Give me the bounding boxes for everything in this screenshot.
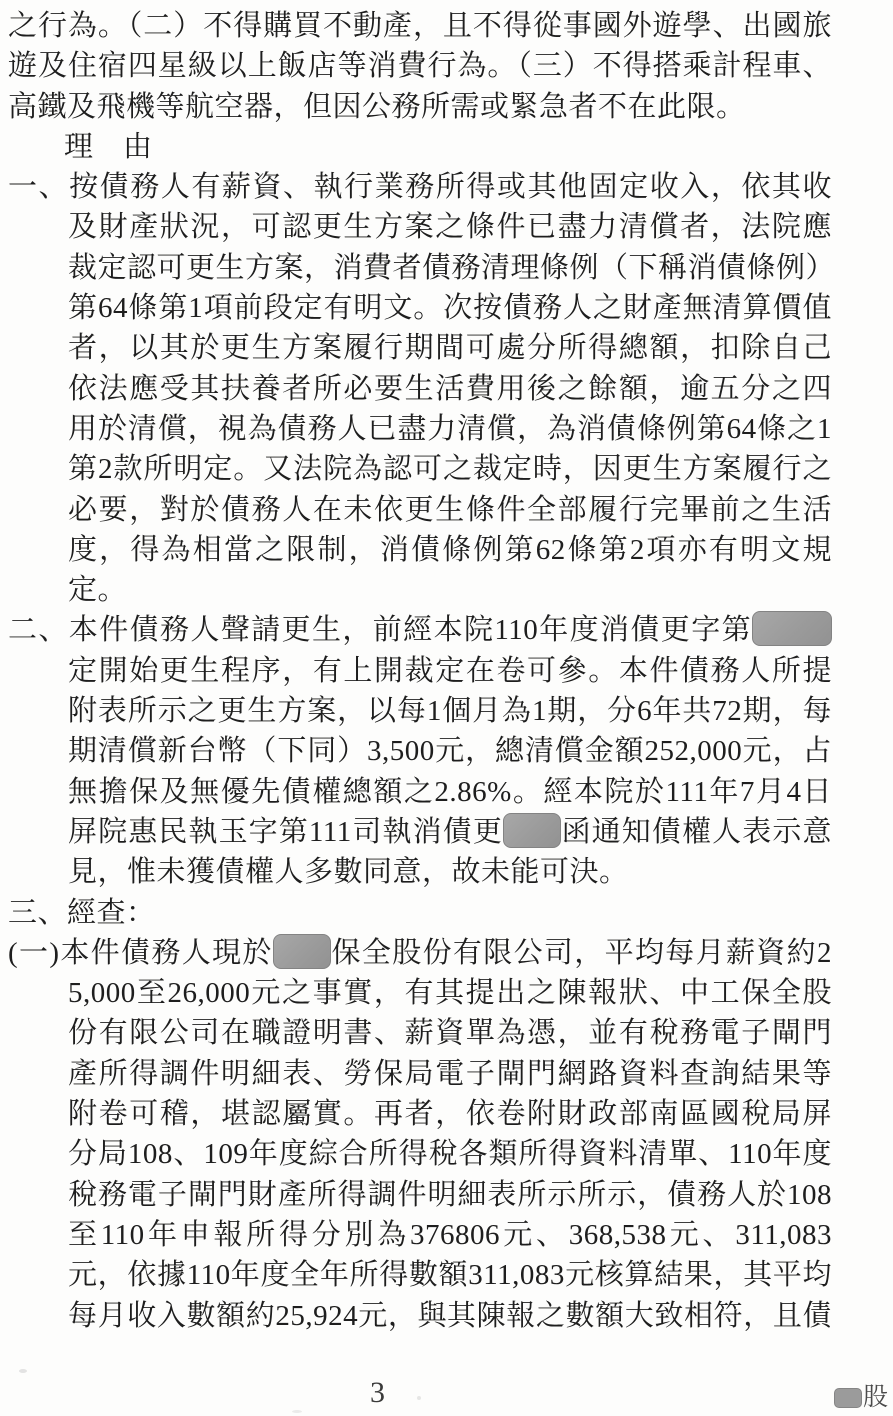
line-text: 高鐵及飛機等航空器，但因公務所需或緊急者不在此限。: [8, 91, 746, 123]
redaction-box: [503, 813, 561, 848]
text-line: 依法應受其扶養者所必要生活費用後之餘額，逾五分之四已: [68, 369, 832, 409]
text-line: 度，得為相當之限制，消債條例第62條第2項亦有明文規: [68, 530, 832, 570]
text-line: 一、按債務人有薪資、執行業務所得或其他固定收入，依其收入: [8, 167, 832, 207]
text-line: 高鐵及飛機等航空器，但因公務所需或緊急者不在此限。: [8, 87, 832, 127]
text-line: 定。: [68, 570, 832, 610]
line-text: 無擔保及無優先債權總額之2.86%。經本院於111年7月4日以: [68, 776, 832, 812]
text-line: 者，以其於更生方案履行期間可處分所得總額，扣除自己及: [68, 328, 832, 368]
clerk-stamp: 股: [834, 1385, 888, 1410]
line-text: 期清償新台幣（下同）3,500元，總清償金額252,000元，占: [68, 735, 832, 767]
text-line: 稅務電子閘門財產所得調件明細表所示所示，債務人於108: [68, 1175, 832, 1215]
text-line: 無擔保及無優先債權總額之2.86%。經本院於111年7月4日以: [68, 772, 832, 812]
line-text: 裁定認可更生方案，消費者債務清理條例（下稱消債條例）: [68, 252, 832, 284]
text-line: 期清償新台幣（下同）3,500元，總清償金額252,000元，占: [68, 731, 832, 771]
line-text: 依法應受其扶養者所必要生活費用後之餘額，逾五分之四已: [68, 373, 832, 409]
line-text: 第64條第1項前段定有明文。次按債務人之財產無清算價值: [68, 292, 832, 324]
text-line: 附表所示之更生方案，以每1個月為1期，分6年共72期，每: [68, 691, 832, 731]
line-text: (一)本件債務人現於: [8, 937, 273, 969]
text-line: 份有限公司在職證明書、薪資單為憑，並有稅務電子閘門財: [68, 1013, 832, 1053]
text-line: 每月收入數額約25,924元，與其陳報之數額大致相符，且債: [68, 1296, 832, 1336]
line-text: 理 由: [64, 131, 153, 163]
text-line: 理 由: [64, 127, 828, 167]
text-line: 三、經查：: [8, 893, 832, 933]
line-text: 者，以其於更生方案履行期間可處分所得總額，扣除自己及: [68, 332, 832, 368]
scan-speck: [19, 1369, 27, 1373]
clerk-stamp-label: 股: [863, 1385, 888, 1410]
scan-speck: [292, 1410, 302, 1413]
line-text: 5,000至26,000元之事實，有其提出之陳報狀、中工保全股: [68, 977, 832, 1009]
text-line: 5,000至26,000元之事實，有其提出之陳報狀、中工保全股: [68, 973, 832, 1013]
line-text: 元，依據110年度全年所得數額311,083元核算結果，其平均: [68, 1259, 832, 1291]
line-text: 必要，對於債務人在未依更生條件全部履行完畢前之生活程: [68, 494, 832, 530]
scanned-document-page: 之行為。（二）不得購買不動產，且不得從事國外遊學、出國旅遊及住宿四星級以上飯店等…: [0, 0, 893, 1416]
line-text: 一、按債務人有薪資、執行業務所得或其他固定收入，依其收入: [8, 171, 832, 207]
text-line: 產所得調件明細表、勞保局電子閘門網路資料查詢結果等件: [68, 1054, 832, 1094]
line-text: 遊及住宿四星級以上飯店等消費行為。（三）不得搭乘計程車、: [8, 50, 832, 82]
line-text: 三、經查：: [8, 897, 156, 929]
text-line: 必要，對於債務人在未依更生條件全部履行完畢前之生活程: [68, 490, 832, 530]
text-line: 附卷可稽，堪認屬實。再者，依卷附財政部南區國稅局屏東: [68, 1094, 832, 1134]
text-line: 見，惟未獲債權人多數同意，故未能可決。: [68, 852, 832, 892]
line-text: 附表所示之更生方案，以每1個月為1期，分6年共72期，每: [68, 695, 832, 727]
line-text: 至110年申報所得分別為376806元、368,538元、311,083: [68, 1219, 832, 1251]
line-text: 及財產狀況，可認更生方案之條件已盡力清償者，法院應以: [68, 211, 832, 247]
text-line: 用於清償，視為債務人已盡力清償，為消債條例第64條之1: [68, 409, 832, 449]
text-line: 裁定認可更生方案，消費者債務清理條例（下稱消債條例）: [68, 248, 832, 288]
redaction-box: [273, 934, 331, 969]
line-text: 度，得為相當之限制，消債條例第62條第2項亦有明文規: [68, 534, 832, 566]
line-text: 第2款所明定。又法院為認可之裁定時，因更生方案履行之: [68, 453, 832, 485]
line-text: 分局108、109年度綜合所得稅各類所得資料清單、110年度: [68, 1138, 832, 1170]
text-line: 至110年申報所得分別為376806元、368,538元、311,083: [68, 1215, 832, 1255]
line-text: 見，惟未獲債權人多數同意，故未能可決。: [68, 856, 629, 888]
text-line: 元，依據110年度全年所得數額311,083元核算結果，其平均: [68, 1255, 832, 1295]
line-text: 保全股份有限公司，平均每月薪資約2: [331, 937, 832, 969]
line-text: 定。: [68, 574, 127, 606]
line-text: 稅務電子閘門財產所得調件明細表所示所示，債務人於108: [68, 1179, 832, 1211]
text-line: 之行為。（二）不得購買不動產，且不得從事國外遊學、出國旅: [8, 6, 832, 46]
line-text: 附卷可稽，堪認屬實。再者，依卷附財政部南區國稅局屏東: [68, 1098, 832, 1134]
line-text: 函通知債權人表示意: [561, 816, 832, 848]
text-line: (一)本件債務人現於保全股份有限公司，平均每月薪資約2: [8, 933, 832, 973]
line-text: 產所得調件明細表、勞保局電子閘門網路資料查詢結果等件: [68, 1058, 832, 1094]
text-line: 及財產狀況，可認更生方案之條件已盡力清償者，法院應以: [68, 207, 832, 247]
redaction-box: [834, 1388, 862, 1408]
line-text: 二、本件債務人聲請更生，前經本院110年度消債更字第: [8, 614, 752, 646]
redaction-box: [752, 611, 832, 646]
page-number: 3: [370, 1376, 385, 1410]
text-line: 屏院惠民執玉字第111司執消債更函通知債權人表示意: [68, 812, 832, 852]
line-text: 用於清償，視為債務人已盡力清償，為消債條例第64條之1: [68, 413, 832, 445]
line-text: 份有限公司在職證明書、薪資單為憑，並有稅務電子閘門財: [68, 1017, 832, 1053]
line-text: 每月收入數額約25,924元，與其陳報之數額大致相符，且債: [68, 1300, 832, 1332]
text-line: 分局108、109年度綜合所得稅各類所得資料清單、110年度: [68, 1134, 832, 1174]
line-text: 之行為。（二）不得購買不動產，且不得從事國外遊學、出國旅: [8, 10, 832, 42]
text-line: 第2款所明定。又法院為認可之裁定時，因更生方案履行之: [68, 449, 832, 489]
text-line: 二、本件債務人聲請更生，前經本院110年度消債更字第裁: [8, 610, 832, 650]
text-line: 定開始更生程序，有上開裁定在卷可參。本件債務人所提如: [68, 651, 832, 691]
text-line: 遊及住宿四星級以上飯店等消費行為。（三）不得搭乘計程車、: [8, 46, 832, 86]
text-line: 第64條第1項前段定有明文。次按債務人之財產無清算價值: [68, 288, 832, 328]
line-text: 定開始更生程序，有上開裁定在卷可參。本件債務人所提如: [68, 655, 832, 691]
line-text: 屏院惠民執玉字第111司執消債更: [68, 816, 503, 848]
document-body: 之行為。（二）不得購買不動產，且不得從事國外遊學、出國旅遊及住宿四星級以上飯店等…: [0, 6, 893, 1336]
scan-speck: [417, 1396, 421, 1400]
